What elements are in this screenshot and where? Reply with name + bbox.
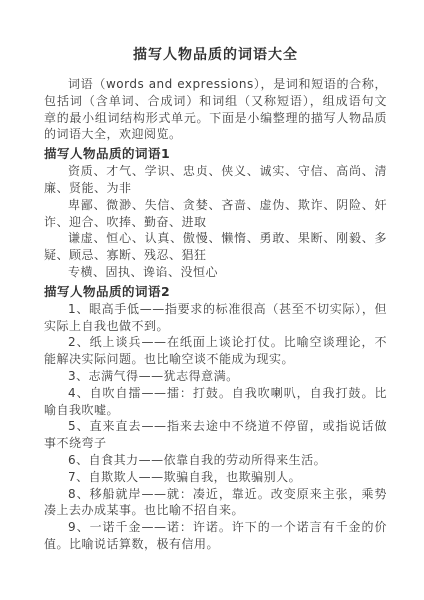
section-2-heading: 描写人物品质的词语2 — [44, 283, 387, 300]
numbered-item: 4、自吹自擂——擂：打鼓。自我吹喇叭，自我打鼓。比喻自我吹嘘。 — [44, 385, 387, 419]
numbered-item: 1、眼高手低——指要求的标准很高（甚至不切实际），但实际上自我也做不到。 — [44, 301, 387, 335]
word-list-line: 专横、固执、谗谄、没恒心 — [44, 264, 387, 281]
numbered-item: 7、自欺欺人——欺骗自我，也欺骗别人。 — [44, 469, 387, 486]
word-list-line: 谦虚、恒心、认真、傲慢、懒惰、勇敢、果断、刚毅、多疑、顾忌、寡断、残忍、猖狂 — [44, 230, 387, 264]
page-title: 描写人物品质的词语大全 — [44, 45, 387, 65]
numbered-item: 3、志满气得——犹志得意满。 — [44, 368, 387, 385]
section-1-heading: 描写人物品质的词语1 — [44, 145, 387, 162]
numbered-item: 9、一诺千金——诺：许诺。许下的一个诺言有千金的价值。比喻说话算数，极有信用。 — [44, 519, 387, 553]
word-list-line: 卑鄙、微渺、失信、贪婪、吝啬、虚伪、欺诈、阴险、奸诈、迎合、吹捧、勤奋、进取 — [44, 197, 387, 231]
intro-paragraph: 词语（words and expressions），是词和短语的合称，包括词（含… — [44, 76, 387, 143]
numbered-item: 5、直来直去——指来去途中不绕道不停留，或指说话做事不绕弯子 — [44, 418, 387, 452]
numbered-item: 8、移船就岸——就：凑近，靠近。改变原来主张，乘势凑上去办成某事。也比喻不招自来… — [44, 486, 387, 520]
document-page: 描写人物品质的词语大全 词语（words and expressions），是词… — [0, 0, 424, 600]
numbered-item: 2、纸上谈兵——在纸面上谈论打仗。比喻空谈理论，不能解决实际问题。也比喻空谈不能… — [44, 334, 387, 368]
word-list-line: 资质、才气、学识、忠贞、侠义、诚实、守信、高尚、清廉、贤能、为非 — [44, 163, 387, 197]
numbered-item: 6、自食其力——依靠自我的劳动所得来生活。 — [44, 452, 387, 469]
